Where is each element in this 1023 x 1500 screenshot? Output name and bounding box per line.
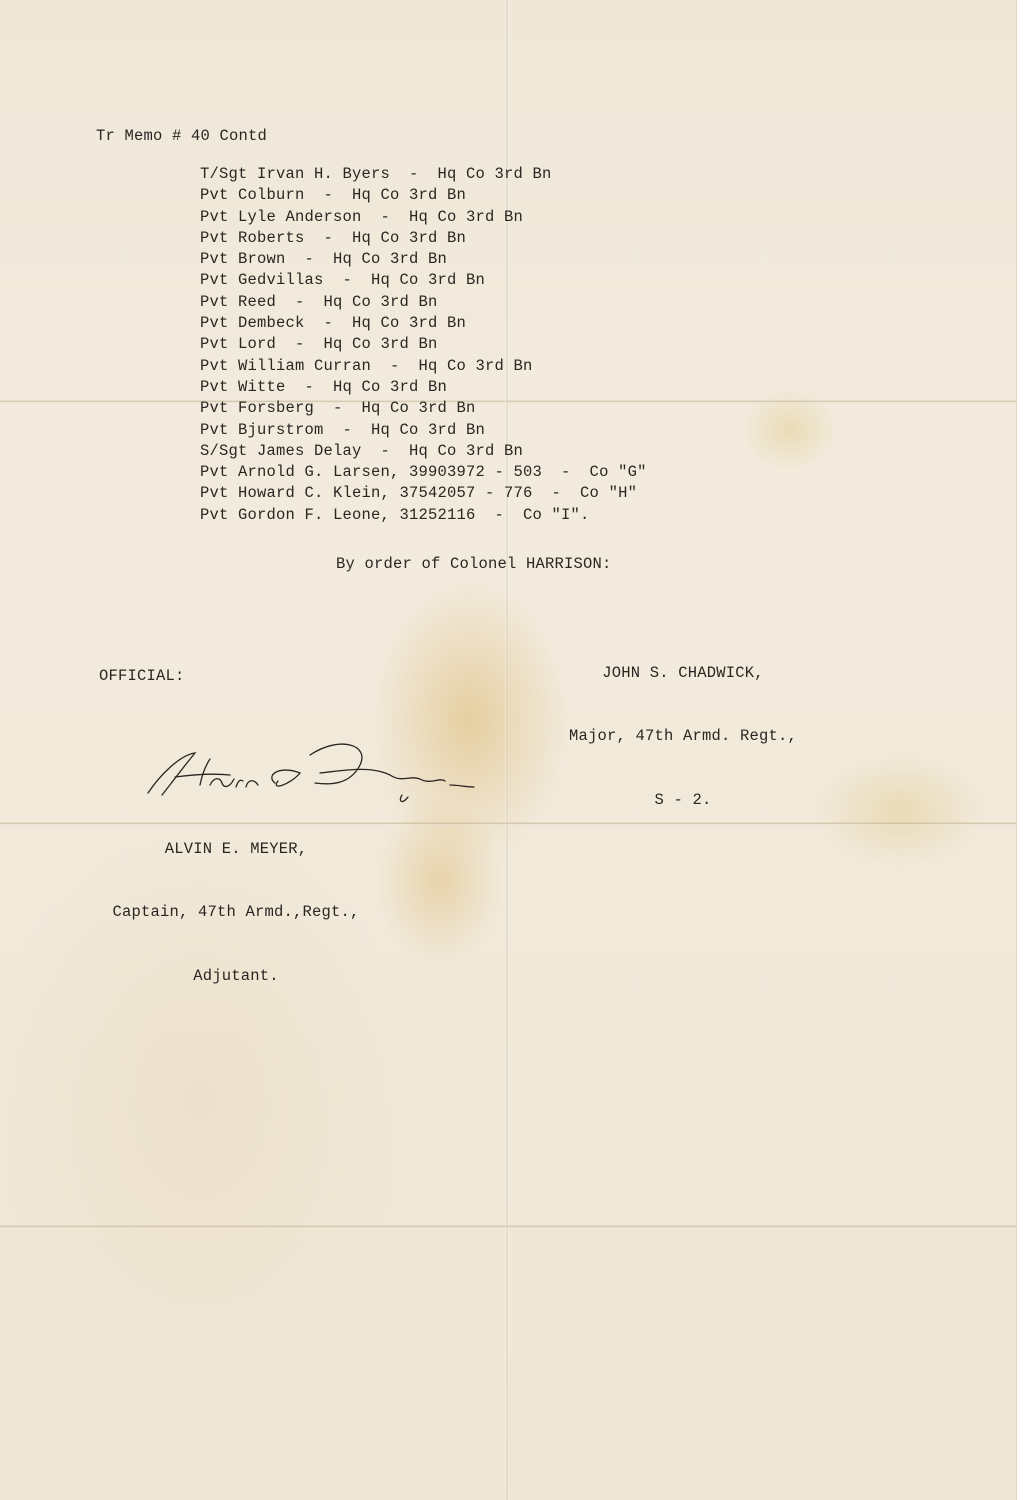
- roster-list: T/Sgt Irvan H. Byers - Hq Co 3rd BnPvt C…: [200, 164, 647, 526]
- roster-entry: Pvt Witte - Hq Co 3rd Bn: [200, 377, 647, 398]
- roster-entry: Pvt Howard C. Klein, 37542057 - 776 - Co…: [200, 483, 647, 504]
- roster-entry: Pvt Lord - Hq Co 3rd Bn: [200, 334, 647, 355]
- memo-header: Tr Memo # 40 Contd: [96, 126, 267, 147]
- roster-entry: Pvt Forsberg - Hq Co 3rd Bn: [200, 398, 647, 419]
- roster-entry: Pvt Bjurstrom - Hq Co 3rd Bn: [200, 420, 647, 441]
- order-line: By order of Colonel HARRISON:: [336, 554, 612, 575]
- roster-entry: Pvt William Curran - Hq Co 3rd Bn: [200, 356, 647, 377]
- adjutant-name: ALVIN E. MEYER,: [96, 839, 376, 860]
- adjutant-office: Adjutant.: [96, 966, 376, 987]
- roster-entry: Pvt Reed - Hq Co 3rd Bn: [200, 292, 647, 313]
- roster-entry: Pvt Colburn - Hq Co 3rd Bn: [200, 185, 647, 206]
- roster-entry: T/Sgt Irvan H. Byers - Hq Co 3rd Bn: [200, 164, 647, 185]
- adjutant-signature: [140, 735, 480, 805]
- roster-entry: Pvt Dembeck - Hq Co 3rd Bn: [200, 313, 647, 334]
- adjutant-title: Captain, 47th Armd.,Regt.,: [96, 902, 376, 923]
- official-label: OFFICIAL:: [99, 666, 185, 687]
- commander-name: JOHN S. CHADWICK,: [548, 663, 818, 684]
- commander-title: Major, 47th Armd. Regt.,: [548, 726, 818, 747]
- roster-entry: Pvt Roberts - Hq Co 3rd Bn: [200, 228, 647, 249]
- roster-entry: Pvt Arnold G. Larsen, 39903972 - 503 - C…: [200, 462, 647, 483]
- commander-block: JOHN S. CHADWICK, Major, 47th Armd. Regt…: [548, 620, 818, 833]
- roster-entry: S/Sgt James Delay - Hq Co 3rd Bn: [200, 441, 647, 462]
- roster-entry: Pvt Gordon F. Leone, 31252116 - Co "I".: [200, 505, 647, 526]
- commander-office: S - 2.: [548, 790, 818, 811]
- roster-entry: Pvt Brown - Hq Co 3rd Bn: [200, 249, 647, 270]
- roster-entry: Pvt Gedvillas - Hq Co 3rd Bn: [200, 270, 647, 291]
- roster-entry: Pvt Lyle Anderson - Hq Co 3rd Bn: [200, 207, 647, 228]
- adjutant-block: ALVIN E. MEYER, Captain, 47th Armd.,Regt…: [96, 796, 376, 1009]
